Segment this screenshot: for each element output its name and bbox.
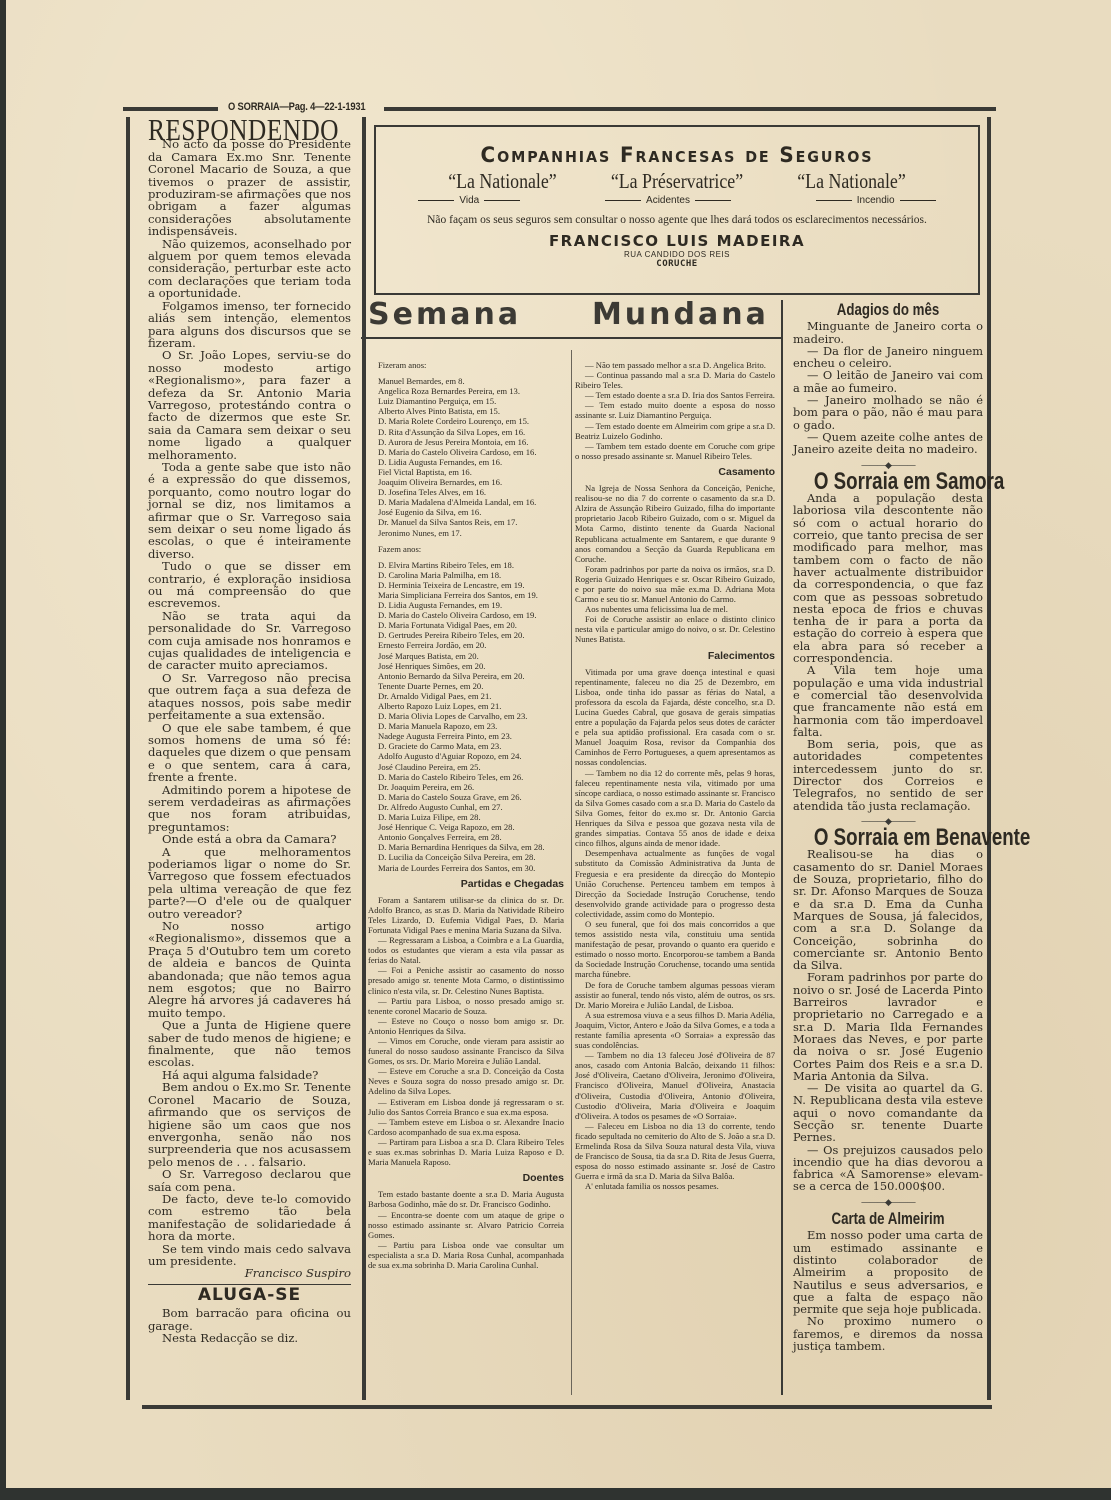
- birthday-entry: D. Lidia Augusta Fernandes, em 19.: [368, 600, 564, 610]
- birthday-entry: D. Rita d'Assunção da Silva Lopes, em 16…: [368, 427, 564, 437]
- frame-bottom-rule: [142, 1405, 992, 1409]
- birthday-entry: Jeronimo Nunes, em 17.: [368, 528, 564, 538]
- news-item: Foi de Coruche assistir ao enlace o dist…: [575, 614, 775, 644]
- news-item: — Tambem esteve em Lisboa o sr. Alexandr…: [368, 1117, 564, 1137]
- news-item: — Tambem tem estado doente em Coruche co…: [575, 441, 775, 461]
- paragraph: No nosso artigo «Regionalismo», dissemos…: [148, 920, 351, 1019]
- paragraph: — Os prejuizos causados pelo incendio qu…: [793, 1144, 983, 1193]
- paragraph: Onde está a obra da Camara?: [148, 833, 351, 845]
- ad-agent: FRANCISCO LUIS MADEIRA: [376, 232, 978, 250]
- paragraph: Admitindo porem a hipotese de serem verd…: [148, 784, 351, 834]
- samora-body: Anda a população desta laboriosa vila de…: [793, 492, 983, 812]
- paragraph: Folgamos imenso, ter fornecido aliás sem…: [148, 300, 351, 350]
- paragraph: No acto da posse do Presidente da Camara…: [148, 138, 351, 237]
- frame-left-rule: [126, 117, 130, 1400]
- news-item: — Continua passando mal a sr.a D. Maria …: [575, 370, 775, 390]
- paragraph: Bom seria, pois, que as autoridades comp…: [793, 738, 983, 812]
- birthday-entry: Nadege Augusta Ferreira Pinto, em 23.: [368, 731, 564, 741]
- birthday-entry: Adolfo Augusto d'Aguiar Ropozo, em 24.: [368, 751, 564, 761]
- news-item: A sua estremosa viuva e a seus filhos D.…: [575, 1010, 775, 1050]
- paragraph: O que ele sabe tambem, é que somos homen…: [148, 722, 351, 784]
- ad-company-name: “La Nationale”: [797, 169, 906, 194]
- paragraph: Toda a gente sabe que isto não é a expre…: [148, 461, 351, 560]
- partidas-heading: Partidas e Chegadas: [368, 879, 564, 889]
- birthday-entry: José Claudino Pereira, em 25.: [368, 762, 564, 772]
- news-item: — Esteve no Couço o nosso bom amigo sr. …: [368, 1016, 564, 1036]
- news-item: — Faleceu em Lisboa no dia 13 do corrent…: [575, 1121, 775, 1182]
- ad-company-name: “La Nationale”: [448, 169, 557, 194]
- birthday-entry: Dr. Joaquim Pereira, em 26.: [368, 782, 564, 792]
- birthday-entry: Alberto Alves Pinto Batista, em 15.: [368, 406, 564, 416]
- paragraph: O Sr. Varregoso não precisa que outrem f…: [148, 672, 351, 722]
- news-item: De fora de Coruche tambem algumas pessoa…: [575, 980, 775, 1010]
- respondendo-body: No acto da posse do Presidente da Camara…: [148, 138, 351, 1267]
- fizeram-label: Fizeram anos:: [368, 360, 564, 370]
- birthday-entry: Manuel Bernardes, em 8.: [368, 376, 564, 386]
- birthday-entry: D. Graciete do Carmo Mata, em 23.: [368, 741, 564, 751]
- birthday-entry: Antonio Gonçalves Ferreira, em 28.: [368, 832, 564, 842]
- news-item: Aos nubentes uma felicissima lua de mel.: [575, 604, 775, 614]
- news-item: — Partiu para Lisboa onde vae consultar …: [368, 1240, 564, 1270]
- paragraph: Que a Junta de Higiene quere saber de tu…: [148, 1019, 351, 1069]
- birthday-entry: José Marques Batista, em 20.: [368, 651, 564, 661]
- semana-column-2: — Não tem passado melhor a sr.a D. Angel…: [575, 360, 775, 1192]
- news-item: Desempenhava actualmente as funções de v…: [575, 848, 775, 919]
- paragraph: Anda a população desta laboriosa vila de…: [793, 492, 983, 664]
- news-item: Na Igreja de Nossa Senhora da Conceição,…: [575, 483, 775, 564]
- birthday-entry: D. Maria Bernardina Henriques da Silva, …: [368, 842, 564, 852]
- news-item: Foram padrinhos por parte da noiva os ir…: [575, 564, 775, 604]
- news-item: O seu funeral, que foi dos mais concorri…: [575, 919, 775, 980]
- paragraph: No proximo numero o faremos, e diremos d…: [793, 1315, 983, 1352]
- birthday-entry: D. Maria do Castelo Oliveira Cardoso, em…: [368, 610, 564, 620]
- casamento-body: Na Igreja de Nossa Senhora da Conceição,…: [575, 483, 775, 645]
- ad-note: Não façam os seus seguros sem consultar …: [398, 214, 956, 226]
- newspaper-page: O SORRAIA—Pag. 4—22-1-1931 Companhias Fr…: [6, 0, 1111, 1488]
- ad-title: Companhias Francesas de Seguros: [391, 143, 963, 167]
- benavente-title: O Sorraia em Benavente: [814, 832, 962, 844]
- ad-company-line: Vida: [413, 195, 525, 206]
- birthday-entry: D. Maria Olivia Lopes de Carvalho, em 23…: [368, 711, 564, 721]
- news-item: — Partiram para Lisboa a sr.a D. Clara R…: [368, 1137, 564, 1167]
- semana-mundana-title: Semana Mundana: [368, 297, 768, 332]
- news-item: — Esteve em Coruche a sr.a D. Conceição …: [368, 1066, 564, 1096]
- partidas-body: Foram a Santarem utilisar-se da clinica …: [368, 895, 564, 1168]
- paragraph: Se tem vindo mais cedo salvava um presid…: [148, 1243, 351, 1268]
- paragraph: Bem andou o Ex.mo Sr. Tenente Coronel Ma…: [148, 1081, 351, 1168]
- birthday-entry: D. Maria do Castelo Ribeiro Teles, em 26…: [368, 772, 564, 782]
- paragraph: Tudo o que se disser em contrario, é exp…: [148, 560, 351, 610]
- news-item: — Encontra-se doente com um ataque de gr…: [368, 1210, 564, 1240]
- proverb: — O leitão de Janeiro vai com a mãe ao f…: [793, 369, 983, 394]
- birthday-entry: José Eugenio da Silva, em 16.: [368, 507, 564, 517]
- birthday-entry: Luiz Diamantino Perguiça, em 15.: [368, 396, 564, 406]
- news-item: — Foi a Peniche assistir ao casamento do…: [368, 965, 564, 995]
- birthday-entry: José Henrique C. Veiga Rapozo, em 28.: [368, 822, 564, 832]
- news-item: Vitimada por uma grave doença intestinal…: [575, 667, 775, 768]
- news-item: — Estiveram em Lisboa donde já regressar…: [368, 1097, 564, 1117]
- birthday-entry: Dr. Arnaldo Vidigal Paes, em 21.: [368, 691, 564, 701]
- ad-company-names: “La Nationale” “La Préservatrice” “La Na…: [421, 169, 933, 194]
- insurance-advertisement: Companhias Francesas de Seguros “La Nati…: [374, 125, 980, 295]
- birthday-entry: Alberto Rapozo Luiz Lopes, em 21.: [368, 701, 564, 711]
- news-item: Foram a Santarem utilisar-se da clinica …: [368, 895, 564, 935]
- falecimentos-heading: Falecimentos: [575, 651, 775, 661]
- paragraph: Bom barracão para oficina ou garage.: [148, 1307, 351, 1332]
- signature: Francisco Suspiro: [148, 1267, 351, 1279]
- paragraph: De facto, deve te-lo comovido com estrem…: [148, 1193, 351, 1243]
- birthday-entry: D. Maria Rolete Cordeiro Lourenço, em 15…: [368, 416, 564, 426]
- birthday-entry: D. Carolina Maria Palmilha, em 18.: [368, 570, 564, 580]
- news-item: — Regressaram a Lisboa, a Coimbra e a La…: [368, 935, 564, 965]
- column-rule-3: [781, 300, 783, 1395]
- ornament-divider: ———◆———: [793, 1197, 983, 1209]
- casamento-heading: Casamento: [575, 467, 775, 477]
- proverb: — Janeiro molhado se não é bom para o pã…: [793, 394, 983, 431]
- aluga-body: Bom barracão para oficina ou garage.Nest…: [148, 1307, 351, 1344]
- news-item: Tem estado bastante doente a sr.a D. Mar…: [368, 1189, 564, 1209]
- paragraph: — De visita ao quartel da G. N. Republic…: [793, 1082, 983, 1143]
- birthday-entry: D. Maria Madalena d'Almeida Landal, em 1…: [368, 497, 564, 507]
- ad-street: RUA CANDIDO DOS REIS: [376, 250, 978, 259]
- semana-column-1: Fizeram anos: Manuel Bernardes, em 8.Ang…: [368, 360, 564, 1270]
- frame-right-rule: [987, 117, 991, 1400]
- falecimentos-body: Vitimada por uma grave doença intestinal…: [575, 667, 775, 1192]
- header-rule-left: [123, 107, 218, 111]
- proverb: — Quem azeite colhe antes de Janeiro aze…: [793, 431, 983, 456]
- ad-town: CORUCHE: [376, 259, 978, 269]
- benavente-body: Realisou-se ha dias o casamento do sr. D…: [793, 848, 983, 1192]
- ad-company-lines: Vida Acidentes Incendio: [376, 195, 978, 206]
- column-rule-1: [362, 117, 366, 1400]
- ad-company-name: “La Préservatrice”: [611, 169, 743, 194]
- paragraph: Em nosso poder uma carta de um estimado …: [793, 1229, 983, 1315]
- proverb: Minguante de Janeiro corta o madeiro.: [793, 320, 983, 345]
- birthday-entry: Maria de Lourdes Ferreira dos Santos, em…: [368, 863, 564, 873]
- ad-company-line: Incendio: [811, 195, 941, 206]
- paragraph: A que melhoramentos poderiamos ligar o n…: [148, 846, 351, 920]
- respondendo-title: RESPONDENDO: [148, 124, 314, 136]
- birthday-entry: D. Elvira Martins Ribeiro Teles, em 18.: [368, 560, 564, 570]
- birthday-entry: Dr. Manuel da Silva Santos Reis, em 17.: [368, 517, 564, 527]
- paragraph: Não quizemos, aconselhado por alguem por…: [148, 238, 351, 300]
- proverb: — Da flor de Janeiro ninguem encheu o ce…: [793, 345, 983, 370]
- birthday-entry: Joaquim Oliveira Bernardes, em 16.: [368, 477, 564, 487]
- respondendo-article: RESPONDENDO No acto da posse do Presiden…: [148, 124, 351, 1344]
- birthday-entry: Antonio Bernardo da Silva Pereira, em 20…: [368, 671, 564, 681]
- birthday-entry: D. Gertrudes Pereira Ribeiro Teles, em 2…: [368, 630, 564, 640]
- ad-company-line: Acidentes: [600, 195, 736, 206]
- news-item: — Tem estado muito doente a esposa do no…: [575, 400, 775, 420]
- fazem-label: Fazem anos:: [368, 544, 564, 554]
- semana-title-rule: [361, 337, 781, 339]
- birthday-entry: D. Lucilia da Conceição Silva Pereira, e…: [368, 852, 564, 862]
- news-item: A' enlutada familia os nossos pesames.: [575, 1181, 775, 1191]
- news-item: — Tem estado doente em Almeirim com grip…: [575, 421, 775, 441]
- almeirim-body: Em nosso poder uma carta de um estimado …: [793, 1229, 983, 1352]
- fizeram-list: Manuel Bernardes, em 8.Angelica Roza Ber…: [368, 376, 564, 538]
- birthday-entry: D. Lidia Augusta Fernandes, em 16.: [368, 457, 564, 467]
- adagios-body: Minguante de Janeiro corta o madeiro.— D…: [793, 320, 983, 455]
- news-item: — Tem estado doente a sr.a D. Iria dos S…: [575, 390, 775, 400]
- paragraph: Foram padrinhos por parte do noivo o sr.…: [793, 971, 983, 1082]
- news-item: — Partiu para Lisboa, o nosso presado am…: [368, 996, 564, 1016]
- news-item: — Não tem passado melhor a sr.a D. Angel…: [575, 360, 775, 370]
- paragraph: O Sr. Varregoso declarou que saía com pe…: [148, 1168, 351, 1193]
- birthday-entry: D. Maria do Castelo Souza Grave, em 26.: [368, 792, 564, 802]
- news-item: — Tambem no dia 12 do corrente mês, pela…: [575, 768, 775, 849]
- column-rule-2: [571, 350, 572, 1395]
- doentes-heading: Doentes: [368, 1173, 564, 1183]
- paragraph: Realisou-se ha dias o casamento do sr. D…: [793, 848, 983, 971]
- birthday-entry: D. Maria Fortunata Vidigal Paes, em 20.: [368, 620, 564, 630]
- birthday-entry: D. Maria do Castelo Oliveira Cardoso, em…: [368, 447, 564, 457]
- birthday-entry: Fiel Victal Baptista, em 16.: [368, 467, 564, 477]
- header-rule-right: [384, 107, 996, 111]
- fazem-list: D. Elvira Martins Ribeiro Teles, em 18.D…: [368, 560, 564, 873]
- right-column: Adagios do mês Minguante de Janeiro cort…: [793, 302, 983, 1352]
- paragraph: A Vila tem hoje uma população e uma vida…: [793, 664, 983, 738]
- birthday-entry: D. Maria Luiza Filipe, em 28.: [368, 812, 564, 822]
- paragraph: Nesta Redacção se diz.: [148, 1332, 351, 1344]
- paragraph: Não se trata aqui da personalidade do Sr…: [148, 610, 351, 672]
- samora-title: O Sorraia em Samora: [814, 476, 962, 488]
- adagios-title: Adagios do mês: [814, 304, 962, 316]
- birthday-entry: Angelica Roza Bernardes Pereira, em 13.: [368, 386, 564, 396]
- paragraph: O Sr. João Lopes, serviu-se do nosso mod…: [148, 349, 351, 461]
- birthday-entry: Dr. Alfredo Augusto Cunhal, em 27.: [368, 802, 564, 812]
- birthday-entry: D. Josefina Teles Alves, em 16.: [368, 487, 564, 497]
- birthday-entry: D. Herminia Teixeira de Lencastre, em 19…: [368, 580, 564, 590]
- birthday-entry: Maria Simpliciana Ferreira dos Santos, e…: [368, 590, 564, 600]
- aluga-title: ALUGA-SE: [148, 1289, 351, 1301]
- birthday-entry: D. Maria Manuela Rapozo, em 23.: [368, 721, 564, 731]
- birthday-entry: José Henriques Simões, em 20.: [368, 661, 564, 671]
- doentes-body: Tem estado bastante doente a sr.a D. Mar…: [368, 1189, 564, 1270]
- almeirim-title: Carta de Almeirim: [814, 1213, 962, 1225]
- birthday-entry: Tenente Duarte Pernes, em 20.: [368, 681, 564, 691]
- news-item: — Tambem no dia 13 faleceu José d'Olivei…: [575, 1050, 775, 1121]
- birthday-entry: Ernesto Ferreira Jordão, em 20.: [368, 640, 564, 650]
- news-item: — Vimos em Coruche, onde vieram para ass…: [368, 1036, 564, 1066]
- doentes-continued: — Não tem passado melhor a sr.a D. Angel…: [575, 360, 775, 461]
- birthday-entry: D. Aurora de Jesus Pereira Montoia, em 1…: [368, 437, 564, 447]
